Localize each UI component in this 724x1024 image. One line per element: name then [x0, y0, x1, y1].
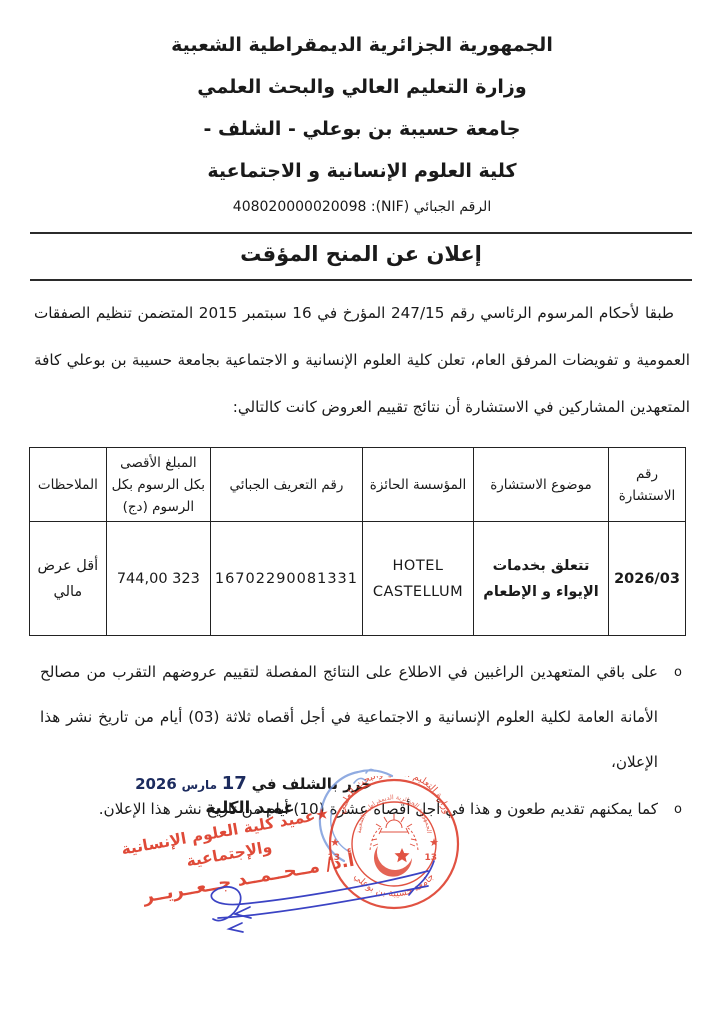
stamp-star-right: ★ [429, 836, 439, 849]
university-name: جامعة حسيبة بن بوعلي - الشلف - [0, 108, 724, 150]
results-table: رقم الاستشارة موضوع الاستشارة المؤسسة ال… [29, 447, 686, 636]
faculty-name: كلية العلوم الإنسانية و الاجتماعية [0, 150, 724, 192]
col-notes: الملاحظات [29, 448, 106, 522]
table-header-row: رقم الاستشارة موضوع الاستشارة المؤسسة ال… [29, 448, 685, 522]
republic-title: الجمهورية الجزائرية الديمقراطية الشعبية [0, 24, 724, 66]
table-row: 2026/03 تتعلق بخدمات الإيواء و الإطعام H… [29, 522, 685, 636]
cell-consultation-subject: تتعلق بخدمات الإيواء و الإطعام [474, 522, 609, 636]
document-page: { "header": { "line1": "الجمهورية الجزائ… [0, 0, 724, 1024]
col-tax-id: رقم التعريف الجبائي [210, 448, 362, 522]
cell-max-amount: 323 744,00 [106, 522, 210, 636]
col-consultation-number: رقم الاستشارة [609, 448, 686, 522]
cell-notes: أقل عرض مالي [29, 522, 106, 636]
date-year-stamp: 2026 [135, 775, 177, 793]
date-month-stamp: مارس [182, 778, 217, 792]
intro-paragraph: طبقا لأحكام المرسوم الرئاسي رقم 247/15 ا… [34, 290, 690, 431]
tax-id-line: الرقم الجبائي (NIF): 408020000020098 [0, 192, 724, 222]
announcement-title-block: إعلان عن المنح المؤقت [30, 232, 692, 281]
date-day-stamp: 17 [222, 773, 247, 794]
document-header: الجمهورية الجزائرية الديمقراطية الشعبية … [0, 24, 724, 222]
signature-icon [176, 855, 456, 940]
cell-tax-id: 16702290081331 [210, 522, 362, 636]
cell-awarded-company: HOTEL CASTELLUM [363, 522, 474, 636]
col-consultation-subject: موضوع الاستشارة [474, 448, 609, 522]
ministry-title: وزارة التعليم العالي والبحث العلمي [0, 66, 724, 108]
signature-section: حرر بالشلف في 17 مارس 2026 عميد الكلية و… [0, 765, 724, 1024]
col-awarded-company: المؤسسة الحائزة [363, 448, 474, 522]
bullet-marker: o [674, 650, 682, 695]
cell-consultation-number: 2026/03 [609, 522, 686, 636]
announcement-title: إعلان عن المنح المؤقت [30, 242, 692, 266]
col-max-amount: المبلغ الأقصى بكل الرسوم بكل الرسوم (دج) [106, 448, 210, 522]
